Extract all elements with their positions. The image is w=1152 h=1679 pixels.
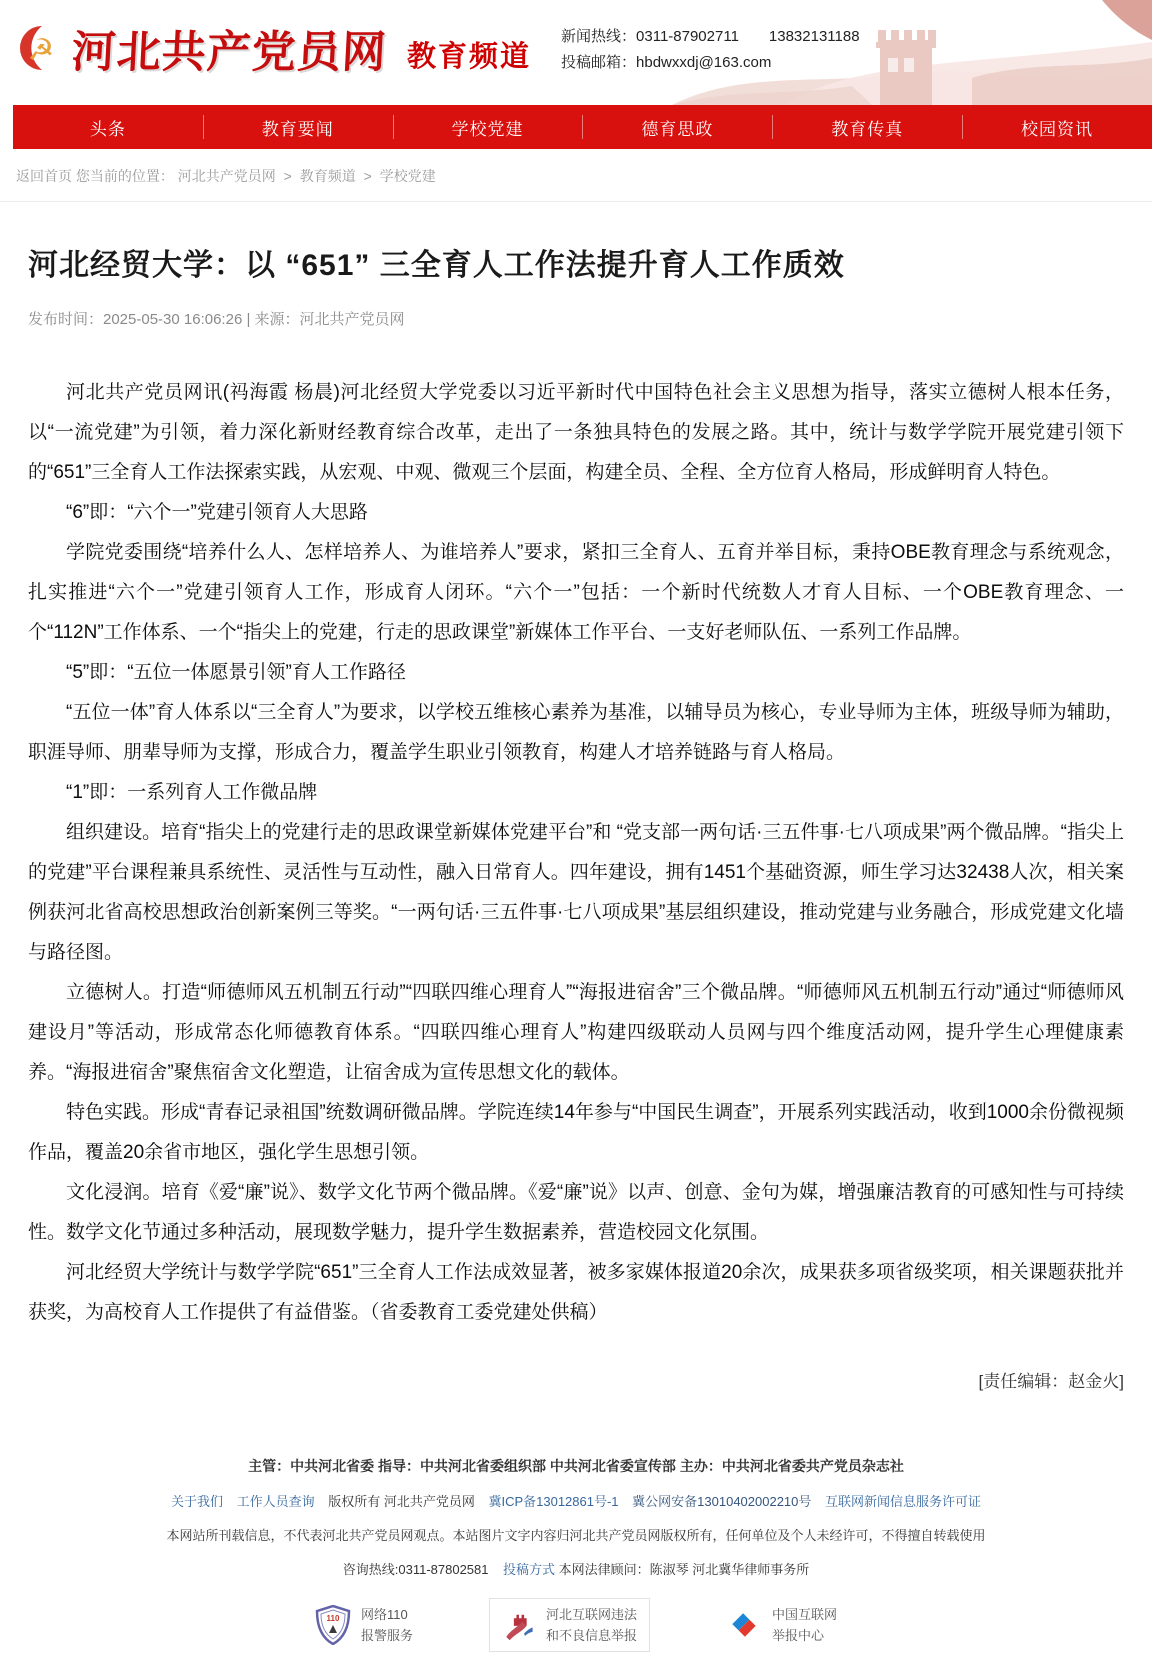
breadcrumb-home-link[interactable]: 返回首页 (16, 168, 72, 184)
china-report-center-badge[interactable]: 中国互联网 举报中心 (726, 1604, 837, 1646)
breadcrumb-separator: > (364, 168, 372, 184)
svg-text:☭: ☭ (28, 34, 55, 67)
article-paragraph: 立德树人。打造“师德师风五机制五行动”“四联四维心理育人”“海报进宿舍”三个微品… (28, 973, 1124, 1093)
submit-email-line: 投稿邮箱：hbdwxxdj@163.com (561, 50, 860, 76)
site-header: ☭ 河北共产党员网 教育频道 新闻热线：0311-87902711 138321… (0, 0, 1152, 105)
article-title: 河北经贸大学：以 “651” 三全育人工作法提升育人工作质效 (28, 240, 1124, 284)
nav-item-headlines[interactable]: 头条 (13, 105, 203, 149)
footer-icp-link[interactable]: 冀ICP备13012861号-1 (488, 1494, 618, 1509)
breadcrumb-site-link[interactable]: 河北共产党员网 (178, 168, 276, 184)
article-paragraph: “五位一体”育人体系以“三全育人”为要求，以学校五维核心素养为基准，以辅导员为核… (28, 693, 1124, 773)
breadcrumb-section-link[interactable]: 学校党建 (380, 168, 436, 184)
site-logo-text: 河北共产党员网 (70, 16, 388, 80)
article-paragraph: 文化浸润。培育《爱“廉”说》、数学文化节两个微品牌。《爱“廉”说》以声、创意、金… (28, 1173, 1124, 1253)
site-footer: 主管：中共河北省委 指导：中共河北省委组织部 中共河北省委宣传部 主办：中共河北… (0, 1456, 1152, 1652)
svg-text:110: 110 (327, 1614, 340, 1623)
footer-about-link[interactable]: 关于我们 (171, 1494, 223, 1509)
article-paragraph: “1”即：一系列育人工作微品牌 (28, 773, 1124, 813)
badge-label: 举报中心 (772, 1625, 837, 1646)
hotline-numbers: 0311-87902711 13832131188 (636, 28, 860, 45)
email-value: hbdwxxdj@163.com (636, 54, 771, 71)
badge-label: 网络110 (361, 1604, 413, 1625)
footer-news-license-link[interactable]: 互联网新闻信息服务许可证 (825, 1494, 981, 1509)
footer-supervisor-line: 主管：中共河北省委 指导：中共河北省委组织部 中共河北省委宣传部 主办：中共河北… (0, 1456, 1152, 1476)
badge-label: 中国互联网 (772, 1604, 837, 1625)
breadcrumb-channel-link[interactable]: 教育频道 (300, 168, 356, 184)
article-meta: 发布时间：2025-05-30 16:06:26 | 来源：河北共产党员网 (28, 308, 1124, 329)
article-container: 河北经贸大学：以 “651” 三全育人工作法提升育人工作质效 发布时间：2025… (0, 240, 1152, 1392)
footer-legal-advisor: 本网法律顾问：陈淑琴 河北冀华律师事务所 (559, 1562, 810, 1577)
nav-item-campus-info[interactable]: 校园资讯 (962, 105, 1152, 149)
breadcrumb: 返回首页 您当前的位置： 河北共产党员网 > 教育频道 > 学校党建 (0, 149, 1152, 202)
footer-contact-line: 咨询热线:0311-87802581 投稿方式 本网法律顾问：陈淑琴 河北冀华律… (0, 1559, 1152, 1578)
police-shield-icon: 110 (315, 1605, 351, 1645)
nav-item-education-news[interactable]: 教育要闻 (203, 105, 393, 149)
main-nav: 头条 教育要闻 学校党建 德育思政 教育传真 校园资讯 (13, 105, 1152, 149)
article-body: 河北共产党员网讯(祃海霞 杨晨)河北经贸大学党委以习近平新时代中国特色社会主义思… (28, 373, 1124, 1333)
badge-label: 报警服务 (361, 1625, 413, 1646)
article-paragraph: 组织建设。培育“指尖上的党建行走的思政课堂新媒体党建平台”和 “党支部一两句话·… (28, 813, 1124, 973)
footer-consult-hotline: 咨询热线:0311-87802581 (343, 1562, 489, 1577)
editor-credit: [责任编辑：赵金火] (28, 1367, 1124, 1392)
report-center-diamond-icon (726, 1607, 762, 1643)
header-contact-info: 新闻热线：0311-87902711 13832131188 投稿邮箱：hbdw… (561, 24, 860, 76)
footer-links-line: 关于我们 工作人员查询 版权所有 河北共产党员网 冀ICP备13012861号-… (0, 1491, 1152, 1510)
network-110-badge[interactable]: 110 网络110 报警服务 (315, 1604, 413, 1646)
nav-item-school-party[interactable]: 学校党建 (393, 105, 583, 149)
article-paragraph: 河北经贸大学统计与数学学院“651”三全育人工作法成效显著，被多家媒体报道20余… (28, 1253, 1124, 1333)
article-paragraph: “5”即：“五位一体愿景引领”育人工作路径 (28, 653, 1124, 693)
footer-staff-query-link[interactable]: 工作人员查询 (237, 1494, 315, 1509)
article-paragraph: 特色实践。形成“青春记录祖国”统数调研微品牌。学院连续14年参与“中国民生调查”… (28, 1093, 1124, 1173)
party-emblem-icon: ☭ (16, 22, 68, 74)
news-hotline-line: 新闻热线：0311-87902711 13832131188 (561, 24, 860, 50)
footer-badges: 110 网络110 报警服务 河北互联网违法 和不良信息举报 (0, 1598, 1152, 1652)
footer-submit-link[interactable]: 投稿方式 (503, 1562, 555, 1577)
article-paragraph: 学院党委围绕“培养什么人、怎样培养人、为谁培养人”要求，紧扣三全育人、五育并举目… (28, 533, 1124, 653)
hebei-illegal-report-badge[interactable]: 河北互联网违法 和不良信息举报 (489, 1598, 650, 1652)
badge-label: 和不良信息举报 (546, 1625, 637, 1646)
article-paragraph: 河北共产党员网讯(祃海霞 杨晨)河北经贸大学党委以习近平新时代中国特色社会主义思… (28, 373, 1124, 493)
greatwall-tower-icon (502, 1608, 536, 1642)
footer-police-record-text[interactable]: 冀公网安备13010402002210号 (632, 1494, 811, 1509)
breadcrumb-label: 您当前的位置： (76, 168, 174, 184)
nav-item-moral-education[interactable]: 德育思政 (582, 105, 772, 149)
footer-disclaimer: 本网站所刊载信息，不代表河北共产党员网观点。本站图片文字内容归河北共产党员网版权… (0, 1525, 1152, 1544)
channel-title: 教育频道 (407, 34, 531, 75)
hotline-label: 新闻热线： (561, 28, 636, 45)
nav-item-education-fax[interactable]: 教育传真 (772, 105, 962, 149)
footer-copyright-text: 版权所有 河北共产党员网 (328, 1494, 475, 1509)
badge-label: 河北互联网违法 (546, 1604, 637, 1625)
article-paragraph: “6”即：“六个一”党建引领育人大思路 (28, 493, 1124, 533)
site-logo[interactable]: ☭ 河北共产党员网 (16, 16, 387, 80)
email-label: 投稿邮箱： (561, 54, 636, 71)
breadcrumb-separator: > (284, 168, 292, 184)
